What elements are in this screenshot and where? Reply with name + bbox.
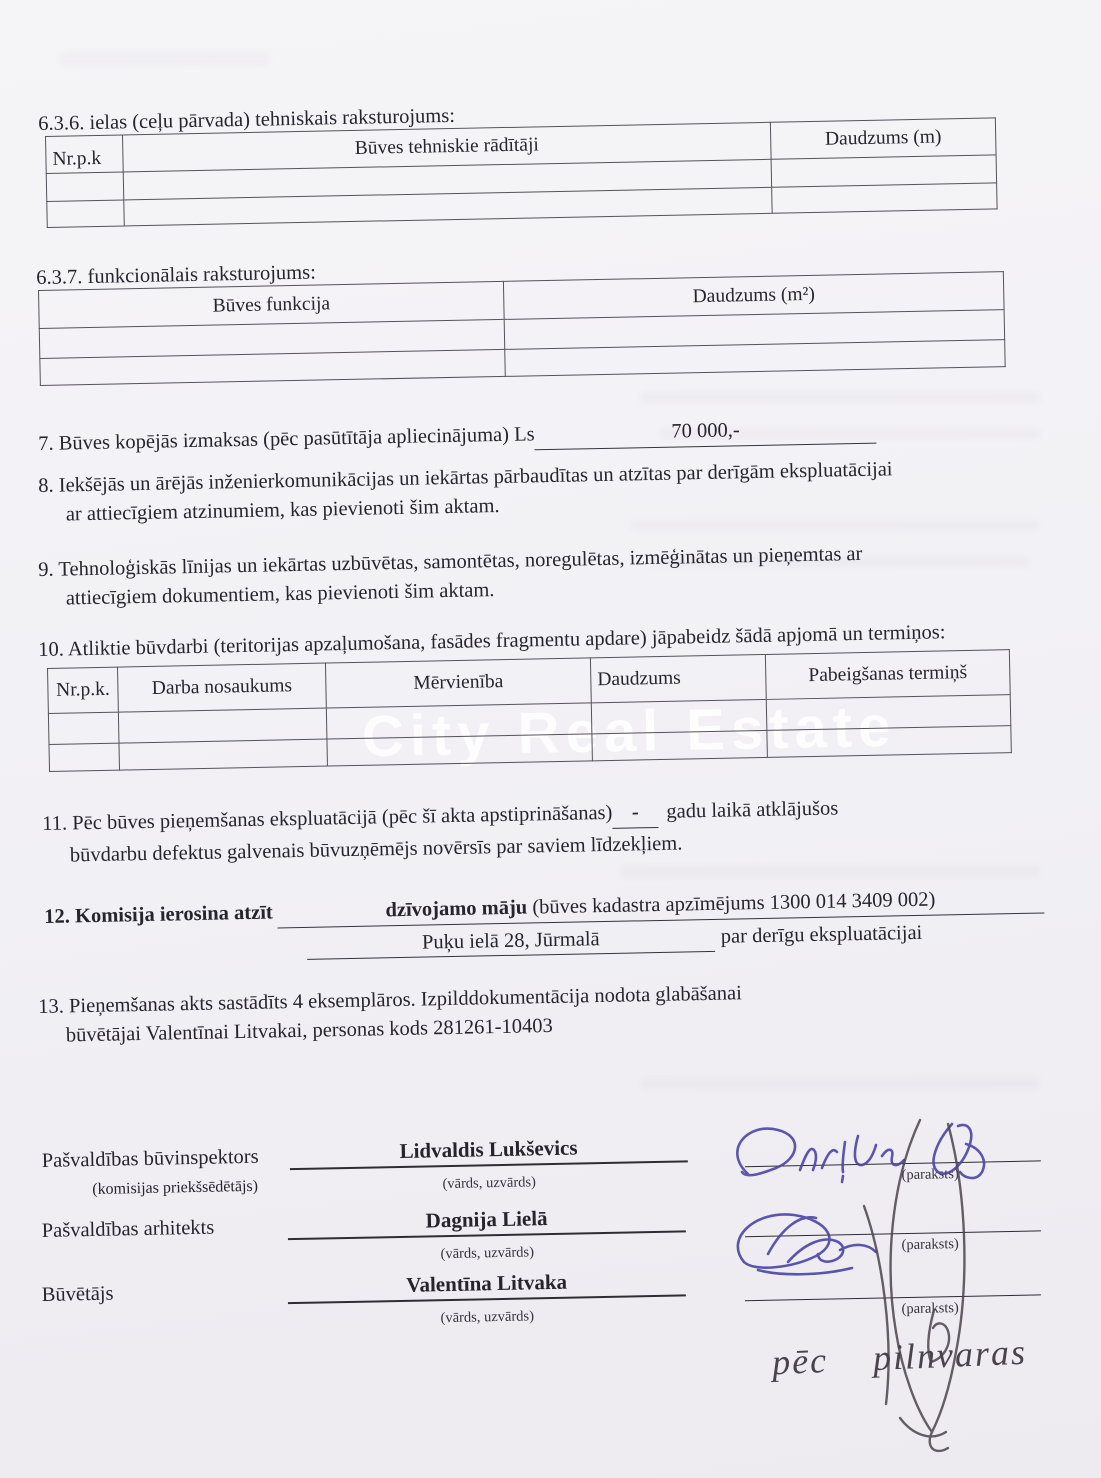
- name-note: (vārds, uzvārds): [290, 1171, 688, 1196]
- document-content: 6.3.6. ielas (ceļu pārvada) tehniskais r…: [0, 0, 1101, 1478]
- paragraph-11-suffix: gadu laikā atklājušos: [666, 794, 838, 826]
- signature-line: [744, 1120, 1041, 1167]
- signer-name: Lidvaldis Lukševics: [289, 1133, 687, 1170]
- paragraph-12-cadastre: (būves kadastra apzīmējums 1300 014 3409…: [532, 889, 935, 919]
- signature-note: (paraksts): [830, 1235, 1030, 1256]
- paragraph-12-object: dzīvojamo māju: [385, 897, 527, 922]
- paragraph-9: 9. Tehnoloģiskās līnijas un iekārtas uzb…: [38, 536, 1059, 613]
- signer-name: Dagnija Lielā: [287, 1203, 685, 1240]
- col-header-daudzums-m: Daudzums (m): [770, 118, 996, 159]
- paragraph-8: 8. Iekšējās un ārējās inženierkomunikāci…: [38, 452, 1059, 529]
- paragraph-11-blank-value: -: [612, 798, 659, 829]
- section-636-table: Nr.p.k Būves tehniskie rādītāji Daudzums…: [45, 117, 997, 228]
- signer-name: Valentīna Litvaka: [287, 1267, 685, 1304]
- col-header-mervieniba: Mērvienība: [325, 658, 591, 708]
- paragraph-12-address: Puķu ielā 28, Jūrmalā: [307, 923, 716, 961]
- paragraph-7-label: 7. Būves kopējās izmaksas (pēc pasūtītāj…: [38, 420, 535, 458]
- signer-role: Pašvaldības arhitekts: [42, 1217, 215, 1243]
- scanned-document-page: City Real Estate 6.3.6. ielas (ceļu pārv…: [0, 0, 1101, 1478]
- paragraph-12-suffix: par derīgu ekspluatācijai: [721, 919, 923, 952]
- col-header-nrpk: Nr.p.k: [46, 135, 124, 173]
- signature-note: (paraksts): [830, 1299, 1030, 1320]
- col-header-daudzums: Daudzums: [590, 654, 766, 702]
- paragraph-13: 13. Pieņemšanas akts sastādīts 4 eksempl…: [38, 973, 1059, 1050]
- name-note: (vārds, uzvārds): [288, 1305, 686, 1330]
- paragraph-7-cost-value: 70 000,-: [534, 414, 877, 450]
- signer-role-note: (komisijas priekšsēdētājs): [92, 1178, 258, 1199]
- col-header-nrpk: Nr.p.k.: [48, 667, 119, 713]
- signer-role: Pašvaldības būvinspektors: [41, 1146, 258, 1173]
- paragraph-12: 12. Komisija ierosina atzīt dzīvojamo mā…: [44, 883, 1045, 965]
- signature-line: [744, 1254, 1041, 1301]
- paragraph-7: 7. Būves kopējās izmaksas (pēc pasūtītāj…: [38, 412, 938, 459]
- signer-role: Būvētājs: [42, 1283, 114, 1307]
- paragraph-11: 11. Pēc būves pieņemšanas ekspluatācijā …: [42, 790, 1063, 870]
- name-note: (vārds, uzvārds): [288, 1241, 686, 1266]
- col-header-pabeigsanas-termins: Pabeigšanas termiņš: [765, 650, 1010, 700]
- signature-line: [744, 1190, 1041, 1237]
- section-637-table: Būves funkcija Daudzums (m²): [38, 271, 1005, 386]
- paragraph-12-prefix: 12. Komisija ierosina atzīt: [44, 899, 273, 932]
- deferred-works-table: Nr.p.k. Darba nosaukums Mērvienība Daudz…: [47, 649, 1011, 772]
- col-header-darba-nosaukums: Darba nosaukums: [117, 663, 326, 712]
- signature-note: (paraksts): [830, 1165, 1030, 1186]
